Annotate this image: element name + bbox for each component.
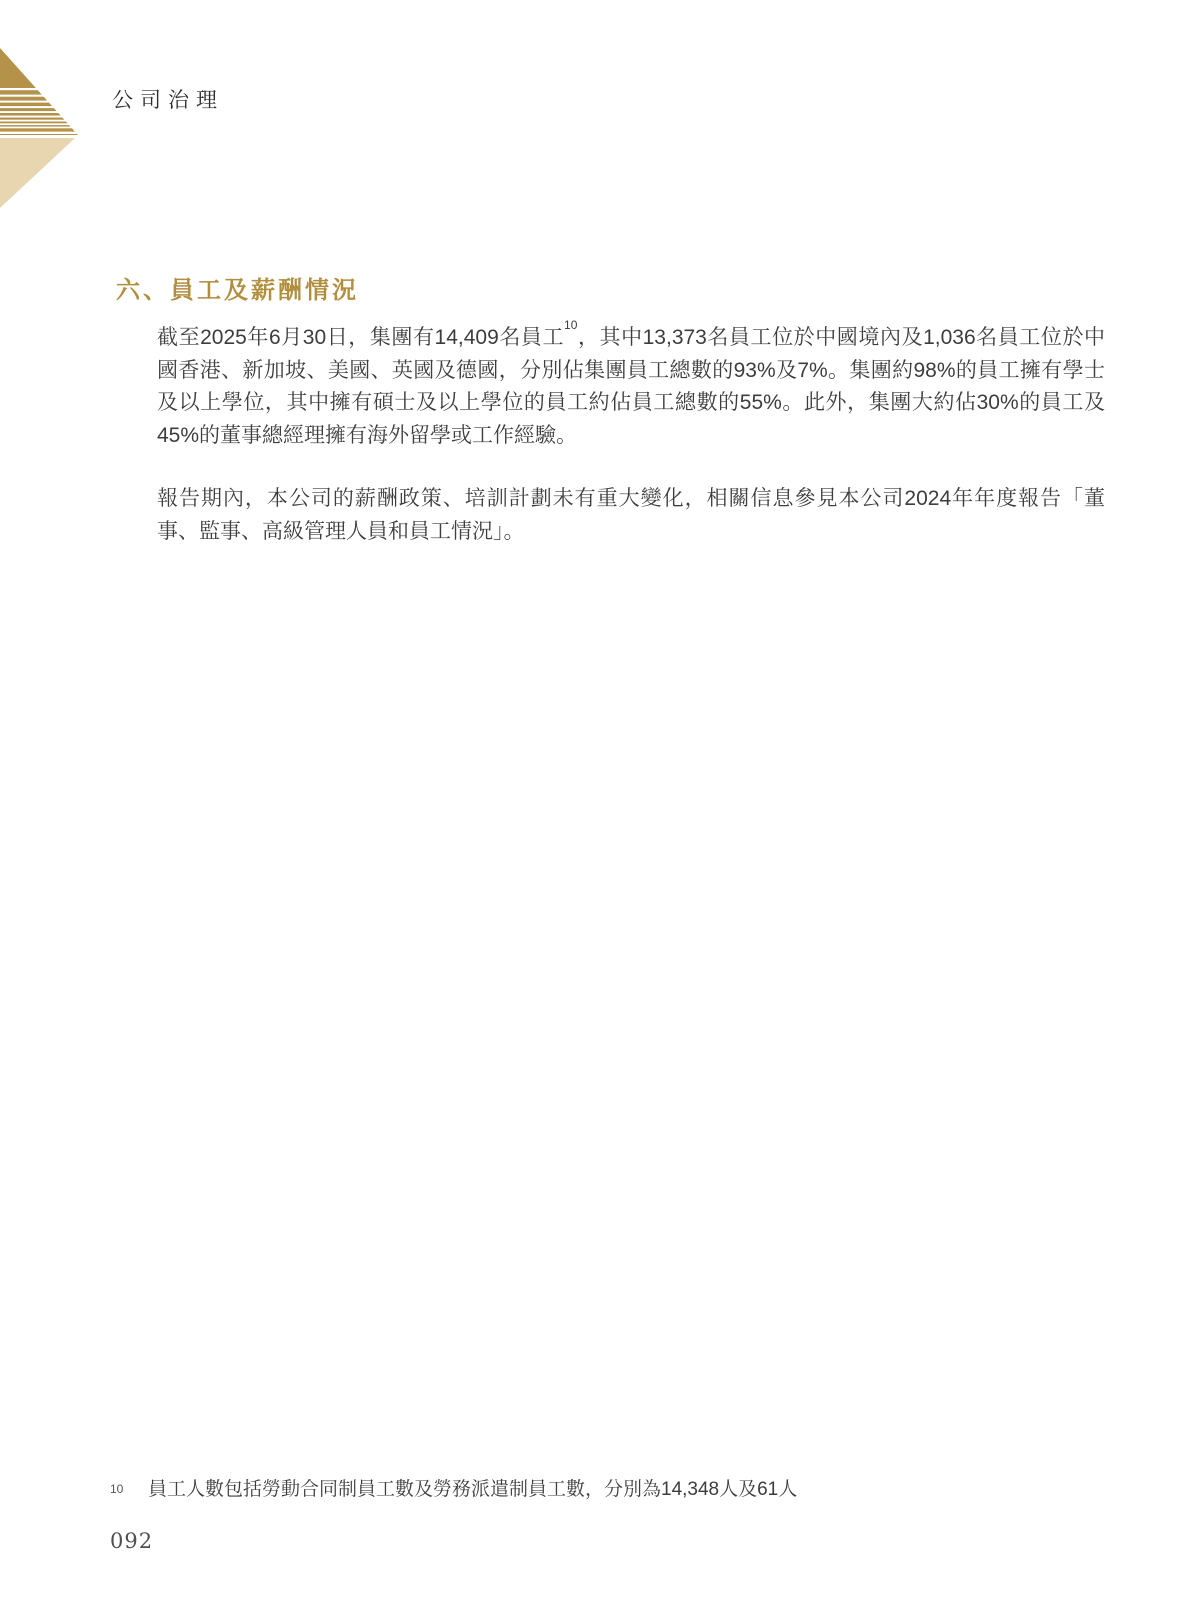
corner-triangle-decoration [0,47,78,209]
footnote-marker: 10 [110,1482,123,1496]
report-page: 公司治理 六、員工及薪酬情況 截至2025年6月30日，集團有14,409名員工… [0,0,1190,1615]
paragraph-employee-numbers: 截至2025年6月30日，集團有14,409名員工10，其中13,373名員工位… [157,316,1105,452]
paragraph-remuneration-policy: 報告期內，本公司的薪酬政策、培訓計劃未有重大變化，相關信息參見本公司2024年年… [157,483,1105,548]
paragraph1-text-before-footnote: 截至2025年6月30日，集團有14,409名員工 [157,326,564,349]
body-text-block: 截至2025年6月30日，集團有14,409名員工10，其中13,373名員工位… [157,316,1105,548]
header-section-label: 公司治理 [112,84,224,114]
footnote: 10 員工人數包括勞動合同制員工數及勞務派遣制員工數，分別為14,348人及61… [110,1477,1120,1507]
footnote-text: 員工人數包括勞動合同制員工數及勞務派遣制員工數，分別為14,348人及61人 [148,1477,1108,1503]
page-number: 092 [110,1529,153,1553]
section-heading: 六、員工及薪酬情況 [116,270,359,305]
footnote-reference: 10 [564,318,577,332]
